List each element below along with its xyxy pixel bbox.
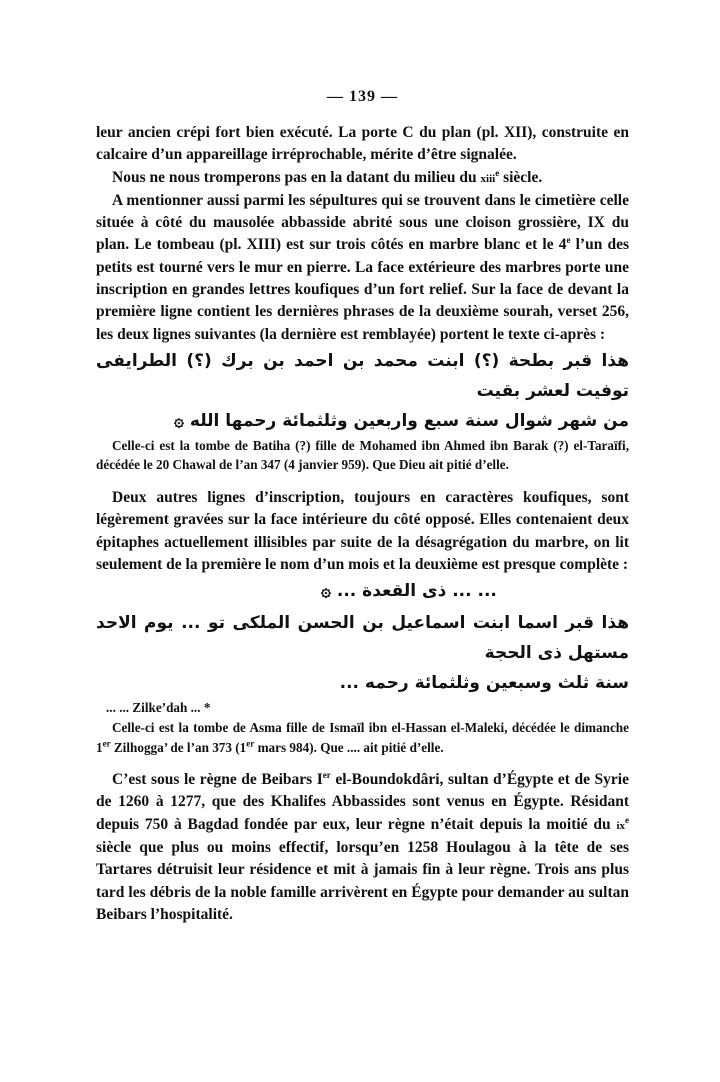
page-body: leur ancien crépi fort bien exécuté. La … bbox=[96, 122, 629, 926]
arabic-inscription-2-line-2: سنة ثلث وسبعين وثلثمائة رحمه ... bbox=[96, 668, 629, 698]
arabic-inscription-2-line-1: هذا قبر اسما ابنت اسماعيل بن الحسن الملك… bbox=[96, 608, 629, 668]
paragraph-5: C’est sous le règne de Beibars Ier el-Bo… bbox=[96, 769, 629, 926]
spacer bbox=[96, 757, 629, 769]
inscription-2-transliteration: ... ... Zilke’dah ... * bbox=[96, 698, 629, 718]
paragraph-3: A mentionner aussi parmi les sépultures … bbox=[96, 190, 629, 346]
paragraph-2: Nous ne nous tromperons pas en la datant… bbox=[96, 167, 629, 190]
inscription-1-translation: Celle-ci est la tombe de Batiha (?) fill… bbox=[96, 436, 629, 475]
paragraph-1: leur ancien crépi fort bien exécuté. La … bbox=[96, 122, 629, 167]
page-number: — 139 — bbox=[96, 88, 629, 106]
century-numeral: xiii bbox=[481, 173, 496, 185]
arabic-inscription-2-line-0: ... ... ذى القعدة ... ۞ bbox=[96, 576, 629, 606]
arabic-inscription-1-line-2: من شهر شوال سنة سبع واربعين وثلثمائة رحم… bbox=[96, 406, 629, 436]
paragraph-4: Deux autres lignes d’inscription, toujou… bbox=[96, 487, 629, 576]
arabic-inscription-1-line-1: هذا قبر بطحة (؟) ابنت محمد بن احمد بن بر… bbox=[96, 346, 629, 406]
spacer bbox=[96, 475, 629, 487]
inscription-2-translation: Celle-ci est la tombe de Asma fille de I… bbox=[96, 718, 629, 757]
